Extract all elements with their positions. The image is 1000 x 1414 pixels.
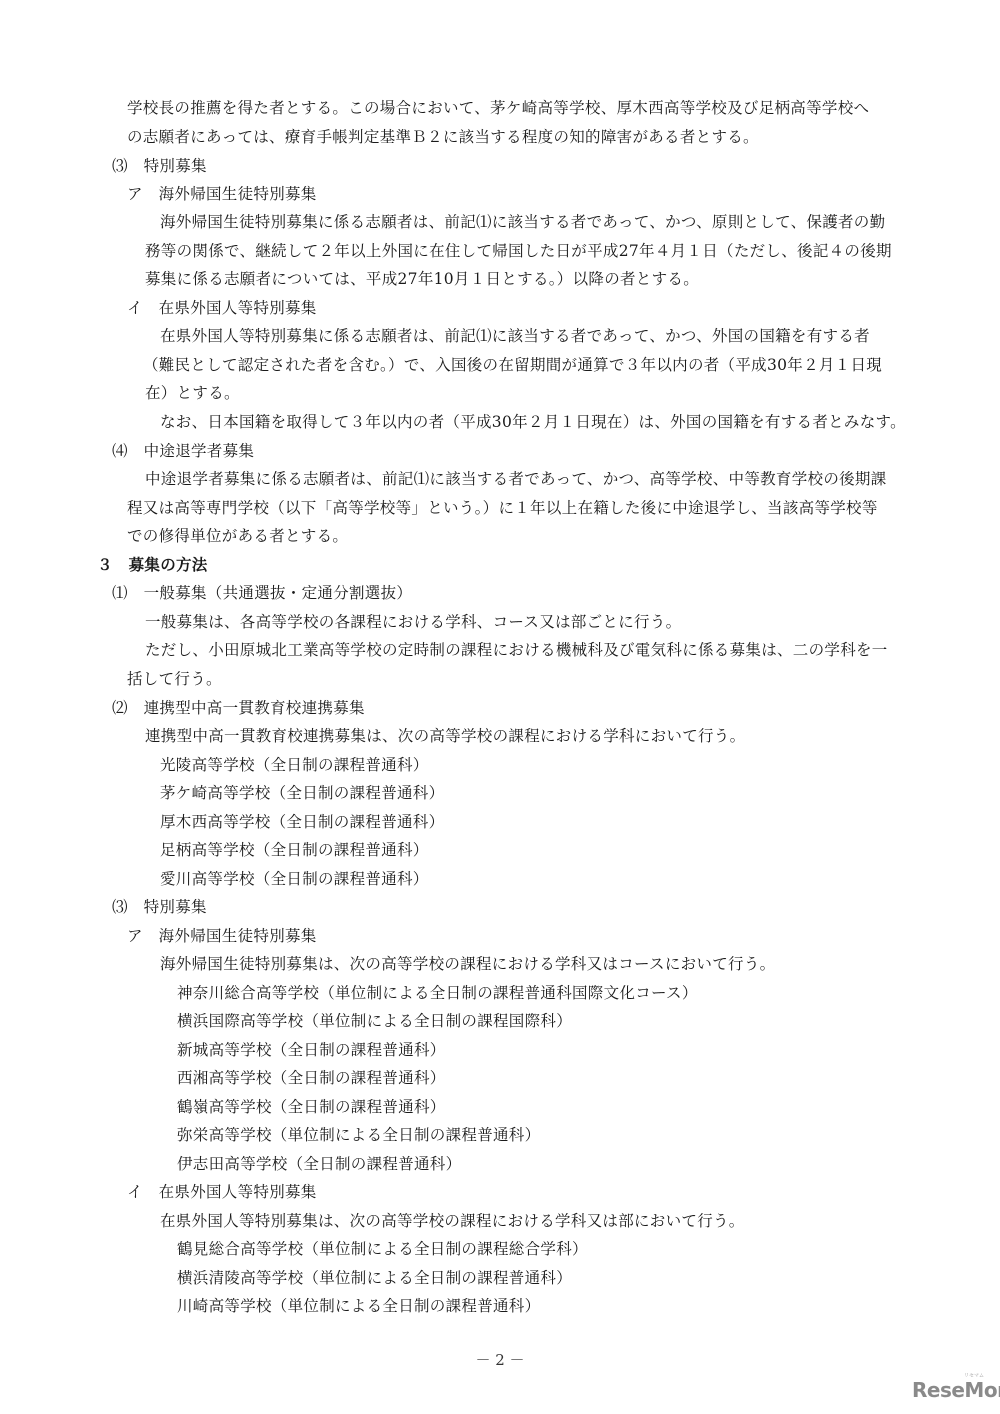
text-line: 西湘高等学校（全日制の課程普通科） [177,1068,446,1088]
resemom-logo-ruby: リセマム [964,1372,984,1379]
section-heading: ３ 募集の方法 [97,555,208,575]
text-line: 茅ケ崎高等学校（全日制の課程普通科） [160,783,444,803]
text-line: 新城高等学校（全日制の課程普通科） [177,1040,446,1060]
text-line: 弥栄高等学校（単位制による全日制の課程普通科） [177,1125,540,1145]
text-line: 学校長の推薦を得た者とする。この場合において、茅ケ崎高等学校、厚木西高等学校及び… [127,98,869,118]
text-line: 厚木西高等学校（全日制の課程普通科） [160,812,444,832]
text-line: 横浜清陵高等学校（単位制による全日制の課程普通科） [177,1268,572,1288]
text-line: 在）とする。 [145,383,240,403]
text-line: での修得単位がある者とする。 [127,526,348,546]
text-line: 海外帰国生徒特別募集は、次の高等学校の課程における学科又はコースにおいて行う。 [160,954,775,974]
text-line: イ 在県外国人等特別募集 [127,298,317,318]
text-line: 一般募集は、各高等学校の各課程における学科、コース又は部ごとに行う。 [145,612,681,632]
text-line: 光陵高等学校（全日制の課程普通科） [160,755,429,775]
text-line: 鶴嶺高等学校（全日制の課程普通科） [177,1097,446,1117]
text-line: ⑷ 中途退学者募集 [112,441,254,461]
text-line: 横浜国際高等学校（単位制による全日制の課程国際科） [177,1011,572,1031]
text-line: なお、日本国籍を取得して３年以内の者（平成30年２月１日現在）は、外国の国籍を有… [160,412,906,432]
text-line: 海外帰国生徒特別募集に係る志願者は、前記⑴に該当する者であって、かつ、原則として… [160,212,885,232]
text-line: ⑴ 一般募集（共通選抜・定通分割選抜） [112,583,412,603]
text-line: 募集に係る志願者については、平成27年10月１日とする。）以降の者とする。 [145,269,699,289]
text-line: 務等の関係で、継続して２年以上外国に在住して帰国した日が平成27年４月１日（ただ… [145,241,892,261]
text-line: ⑶ 特別募集 [112,156,207,176]
resemom-logo: ReseMom [912,1378,1000,1402]
text-line: ただし、小田原城北工業高等学校の定時制の課程における機械科及び電気科に係る募集は… [145,640,888,660]
text-line: 程又は高等専門学校（以下「高等学校等」という。）に１年以上在籍した後に中途退学し… [127,498,878,518]
text-line: イ 在県外国人等特別募集 [127,1182,317,1202]
text-line: ア 海外帰国生徒特別募集 [127,184,317,204]
text-line: 川崎高等学校（単位制による全日制の課程普通科） [177,1296,540,1316]
text-line: 伊志田高等学校（全日制の課程普通科） [177,1154,461,1174]
text-line: ⑶ 特別募集 [112,897,207,917]
text-line: の志願者にあっては、療育手帳判定基準Ｂ２に該当する程度の知的障害がある者とする。 [127,127,759,147]
page-number: － 2 － [0,1349,1000,1370]
text-line: 連携型中高一貫教育校連携募集は、次の高等学校の課程における学科において行う。 [145,726,745,746]
text-line: ア 海外帰国生徒特別募集 [127,926,317,946]
text-line: 括して行う。 [127,669,222,689]
text-line: ⑵ 連携型中高一貫教育校連携募集 [112,698,365,718]
text-line: （難民として認定された者を含む。）で、入国後の在留期間が通算で３年以内の者（平成… [143,355,882,375]
text-line: 愛川高等学校（全日制の課程普通科） [160,869,429,889]
text-line: 神奈川総合高等学校（単位制による全日制の課程普通科国際文化コース） [177,983,698,1003]
text-line: 在県外国人等特別募集は、次の高等学校の課程における学科又は部において行う。 [160,1211,745,1231]
document-page: 学校長の推薦を得た者とする。この場合において、茅ケ崎高等学校、厚木西高等学校及び… [0,0,1000,1414]
text-line: 中途退学者募集に係る志願者は、前記⑴に該当する者であって、かつ、高等学校、中等教… [145,469,887,489]
text-line: 鶴見総合高等学校（単位制による全日制の課程総合学科） [177,1239,588,1259]
text-line: 在県外国人等特別募集に係る志願者は、前記⑴に該当する者であって、かつ、外国の国籍… [160,326,870,346]
text-line: 足柄高等学校（全日制の課程普通科） [160,840,429,860]
